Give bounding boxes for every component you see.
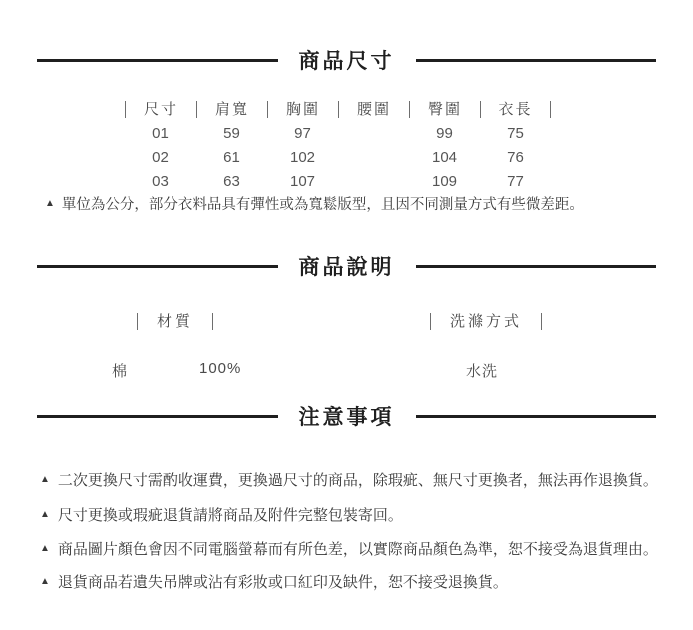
material-label: 材質 [137,313,213,330]
cell-length: 75 [480,124,551,144]
size-col-hip: 臀圍 [409,101,480,118]
divider-line-right [416,265,657,268]
size-table-row: 01 59 97 99 75 [125,124,551,144]
size-table-row: 03 63 107 109 77 [125,172,551,192]
divider-line-left [37,415,278,418]
cell-shoulder: 63 [196,172,267,192]
cell-chest: 97 [267,124,338,144]
size-col-shoulder: 肩寬 [196,101,267,118]
divider-line-right [416,415,657,418]
description-section-title: 商品說明 [278,251,416,281]
size-table-header: 尺寸 肩寬 胸圍 腰圍 臀圍 衣長 [125,101,551,118]
size-section-title: 商品尺寸 [278,45,416,75]
size-table-row: 02 61 102 104 76 [125,148,551,168]
cell-size: 02 [125,148,196,168]
notice-item: ▲ 尺寸更換或瑕疵退貨請將商品及附件完整包裝寄回。 [40,504,683,525]
size-col-chest: 胸圍 [267,101,338,118]
cell-waist [338,148,409,168]
cell-waist [338,124,409,144]
cell-shoulder: 59 [196,124,267,144]
triangle-bullet-icon: ▲ [40,576,50,587]
triangle-bullet-icon: ▲ [40,474,50,485]
material-name: 棉 [112,360,128,381]
cell-waist [338,172,409,192]
notice-item: ▲ 二次更換尺寸需酌收運費，更換過尺寸的商品，除瑕疵、無尺寸更換者，無法再作退換… [40,469,683,490]
cell-hip: 104 [409,148,480,168]
notice-section-title: 注意事項 [278,401,416,431]
cell-size: 03 [125,172,196,192]
triangle-bullet-icon: ▲ [40,509,50,520]
divider-line-right [416,59,657,62]
notice-item-text: 二次更換尺寸需酌收運費，更換過尺寸的商品，除瑕疵、無尺寸更換者，無法再作退換貨。 [58,469,658,490]
washing-method-label: 洗滌方式 [430,313,542,330]
cell-hip: 99 [409,124,480,144]
triangle-bullet-icon: ▲ [40,543,50,554]
product-info-page: 商品尺寸 尺寸 肩寬 胸圍 腰圍 臀圍 衣長 01 59 97 99 75 02… [0,0,693,630]
notice-item-text: 商品圖片顏色會因不同電腦螢幕而有所色差，以實際商品顏色為準，恕不接受為退貨理由。 [58,538,658,559]
cell-length: 76 [480,148,551,168]
size-col-length: 衣長 [480,101,551,118]
size-section-header: 商品尺寸 [0,45,693,75]
material-percentage: 100% [199,360,241,377]
cell-size: 01 [125,124,196,144]
size-col-size: 尺寸 [125,101,196,118]
size-col-waist: 腰圍 [338,101,409,118]
cell-hip: 109 [409,172,480,192]
notice-item: ▲ 商品圖片顏色會因不同電腦螢幕而有所色差，以實際商品顏色為準，恕不接受為退貨理… [40,538,683,559]
notice-item-text: 退貨商品若遺失吊牌或沾有彩妝或口紅印及缺件，恕不接受退換貨。 [58,571,508,592]
divider-line-left [37,59,278,62]
cell-shoulder: 61 [196,148,267,168]
notice-item: ▲ 退貨商品若遺失吊牌或沾有彩妝或口紅印及缺件，恕不接受退換貨。 [40,571,683,592]
washing-method-value: 水洗 [466,360,498,381]
notice-item-text: 尺寸更換或瑕疵退貨請將商品及附件完整包裝寄回。 [58,504,403,525]
cell-chest: 107 [267,172,338,192]
notice-section-header: 注意事項 [0,401,693,431]
divider-line-left [37,265,278,268]
cell-length: 77 [480,172,551,192]
description-section-header: 商品說明 [0,251,693,281]
triangle-bullet-icon: ▲ [45,198,55,209]
unit-note: ▲ 單位為公分，部分衣料品具有彈性或為寬鬆版型，且因不同測量方式有些微差距。 [45,193,584,214]
unit-note-text: 單位為公分，部分衣料品具有彈性或為寬鬆版型，且因不同測量方式有些微差距。 [62,193,584,214]
cell-chest: 102 [267,148,338,168]
